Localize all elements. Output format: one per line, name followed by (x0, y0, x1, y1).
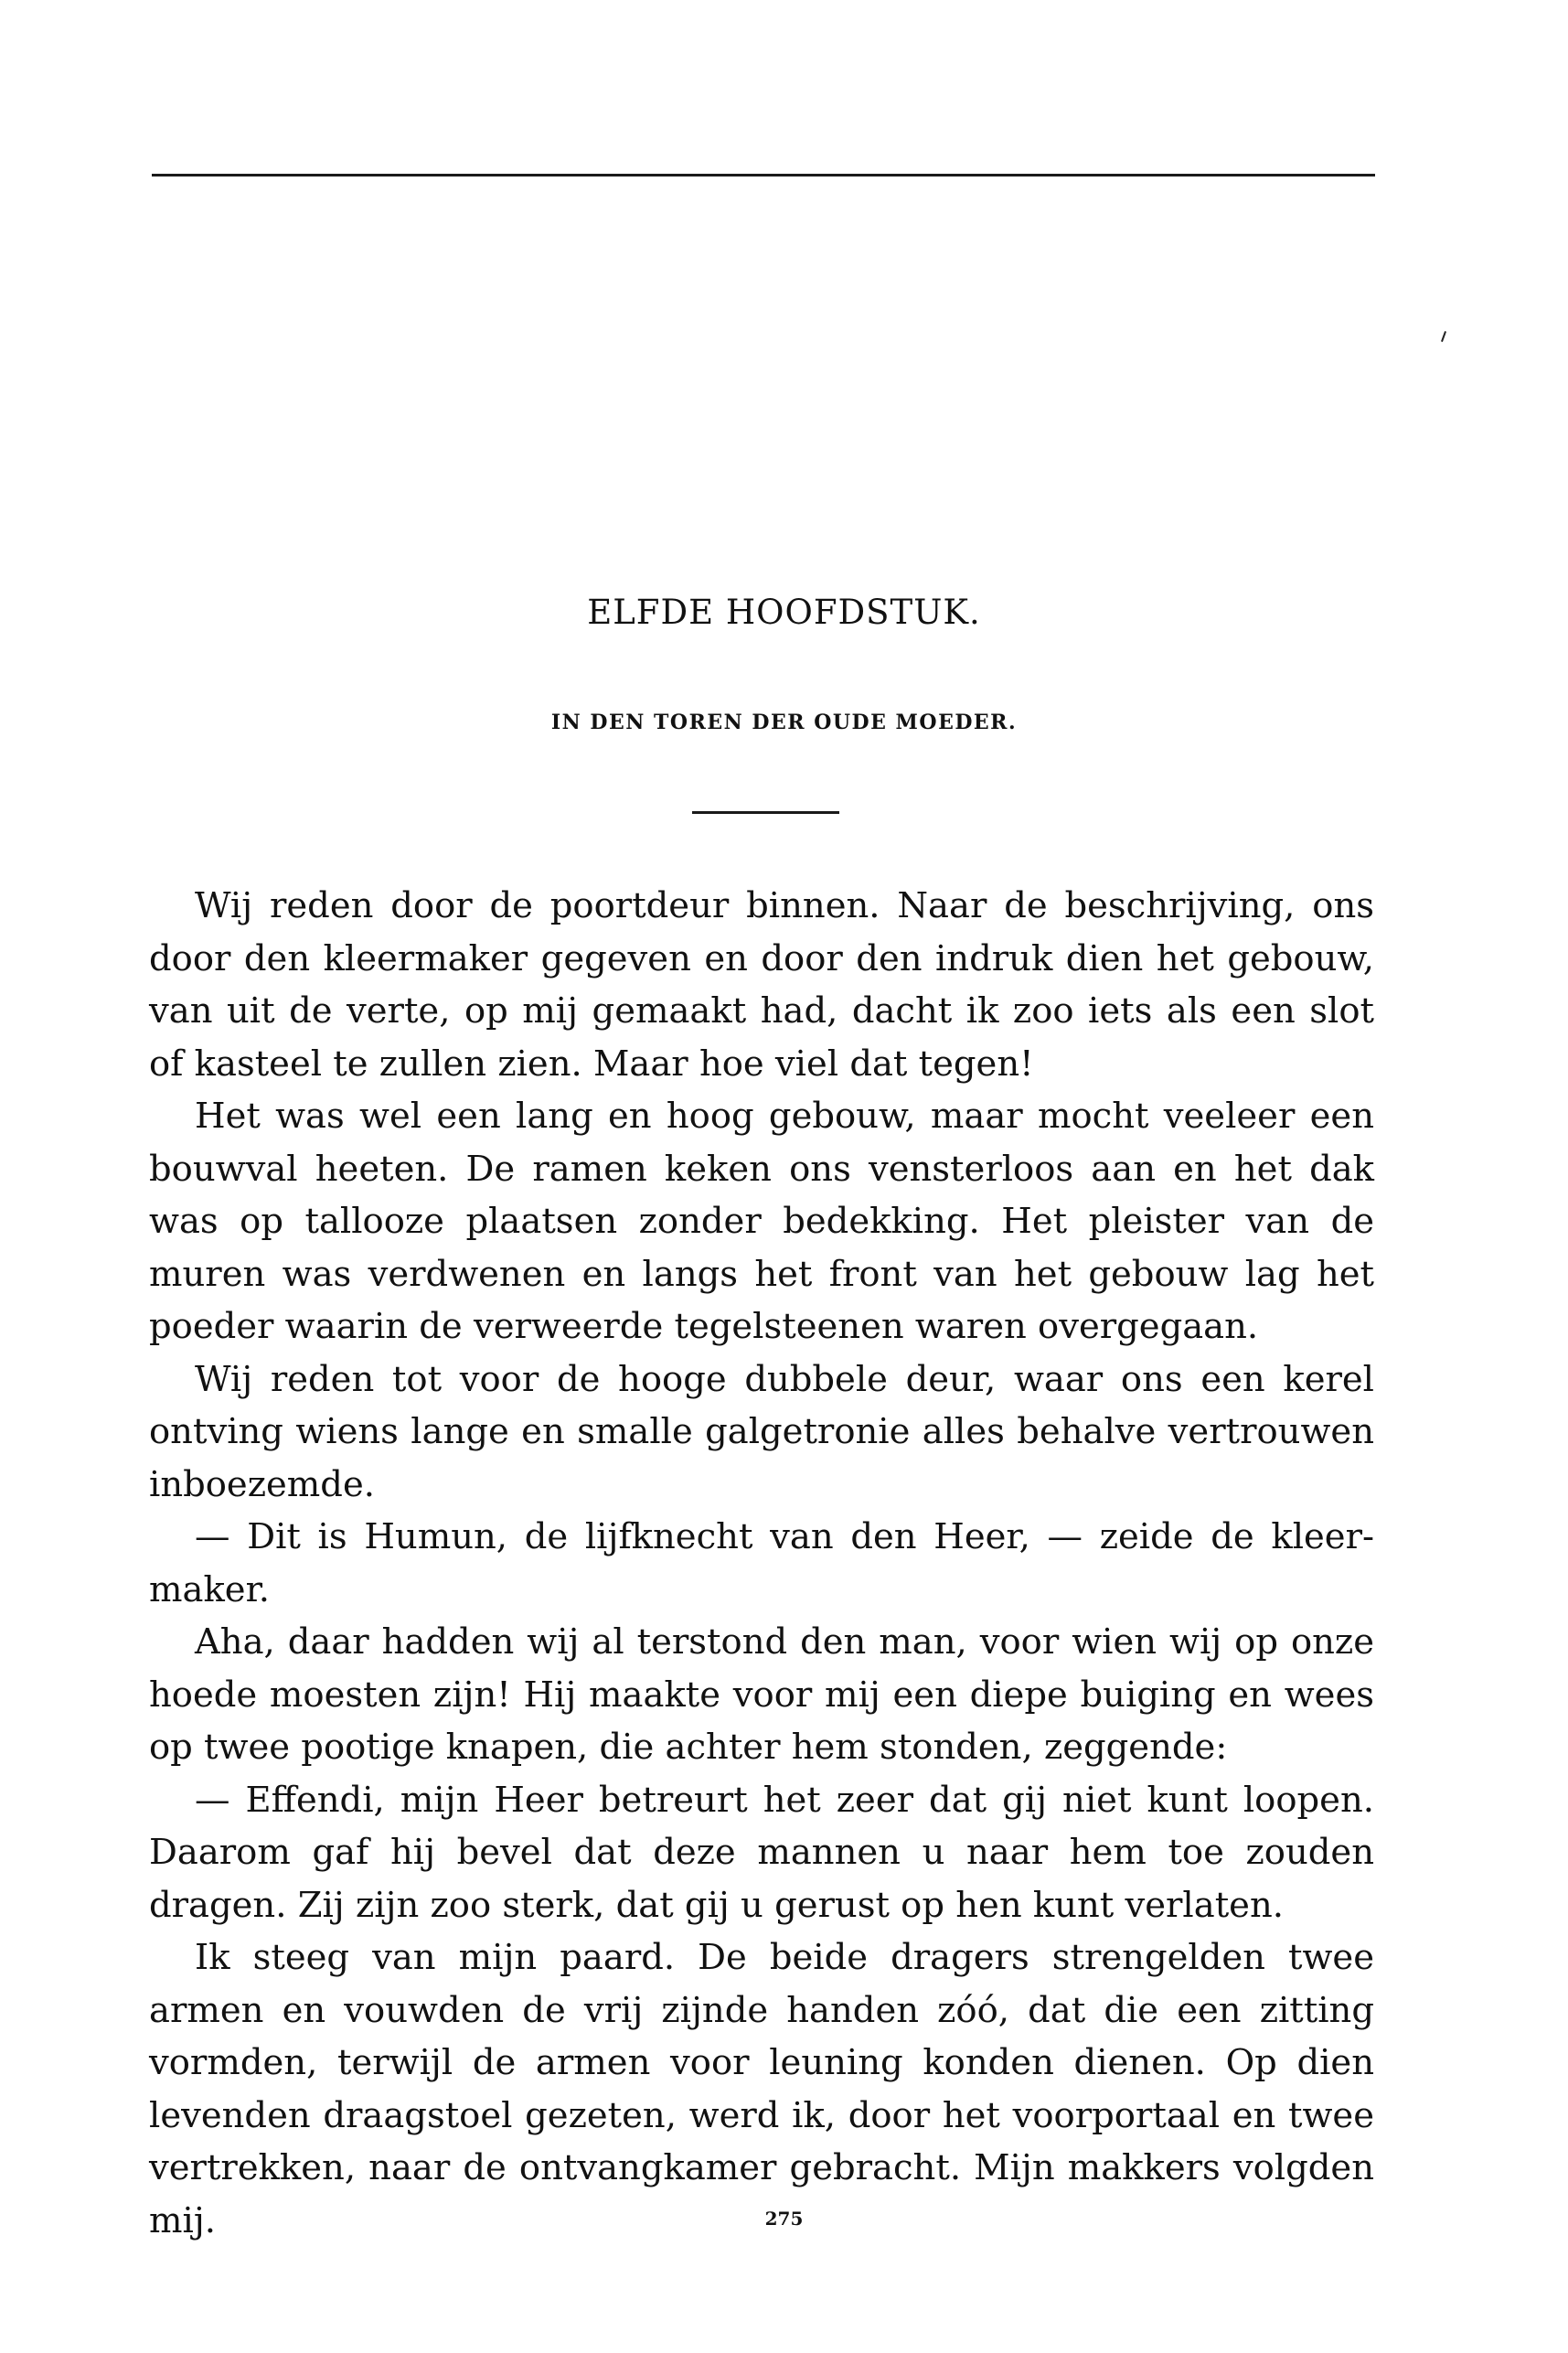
paragraph: Ik steeg van mijn paard. De beide drager… (149, 1931, 1374, 2247)
section-divider (692, 811, 839, 814)
chapter-subtitle: IN DEN TOREN DER OUDE MOEDER. (0, 711, 1568, 734)
stray-ink-mark (1441, 331, 1446, 342)
paragraph: — Effendi, mijn Heer betreurt het zeer d… (149, 1774, 1374, 1932)
paragraph: Wij reden door de poortdeur binnen. Naar… (149, 880, 1374, 1090)
paragraph: Wij reden tot voor de hooge dubbele deur… (149, 1353, 1374, 1512)
page-number: 275 (0, 2208, 1568, 2230)
paragraph: — Dit is Humun, de lijfknecht van den He… (149, 1511, 1374, 1616)
paragraph: Aha, daar hadden wij al terstond den man… (149, 1616, 1374, 1774)
chapter-title: ELFDE HOOFDSTUK. (0, 593, 1568, 632)
body-text: Wij reden door de poortdeur binnen. Naar… (149, 880, 1374, 2247)
top-rule (152, 174, 1375, 176)
paragraph: Het was wel een lang en hoog gebouw, maa… (149, 1090, 1374, 1353)
